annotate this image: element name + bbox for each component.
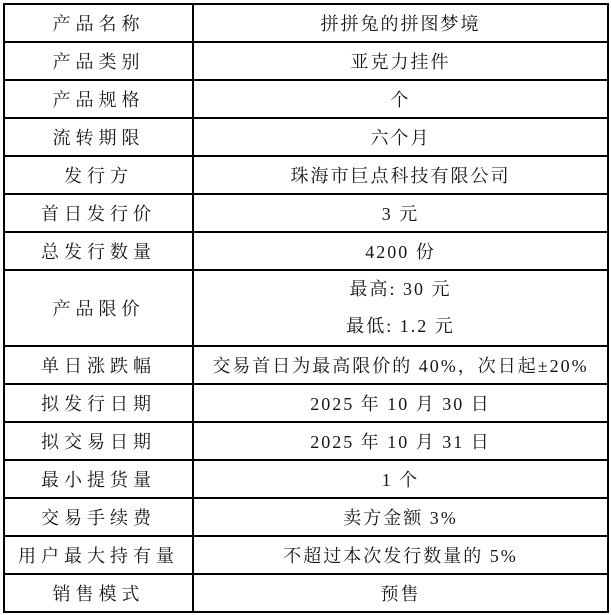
field-label-cell: 发行方 [4, 156, 193, 194]
field-label-cell: 总发行数量 [4, 232, 193, 270]
table-row: 总发行数量 4200 份 [4, 232, 608, 270]
table-row: 拟交易日期 2025 年 10 月 31 日 [4, 422, 608, 460]
field-value-cell: 拼拼兔的拼图梦境 [193, 4, 608, 42]
field-label: 产品名称 [53, 14, 145, 34]
table-row: 单日涨跌幅 交易首日为最高限价的 40%，次日起±20% [4, 346, 608, 384]
field-label: 销售模式 [53, 584, 145, 604]
field-label-cell: 单日涨跌幅 [4, 346, 193, 384]
field-value: 拼拼兔的拼图梦境 [321, 14, 481, 34]
field-value: 3 元 [382, 204, 420, 224]
field-label: 总发行数量 [41, 242, 156, 262]
field-value-cell: 亚克力挂件 [193, 42, 608, 80]
table-row: 产品类别 亚克力挂件 [4, 42, 608, 80]
field-label: 产品规格 [53, 90, 145, 110]
field-label-cell: 首日发行价 [4, 194, 193, 232]
price-limit-high: 最高: 30 元 [194, 271, 607, 308]
field-label: 产品类别 [53, 52, 145, 72]
field-value-cell: 2025 年 10 月 31 日 [193, 422, 608, 460]
field-label: 发行方 [64, 166, 133, 186]
field-label-cell: 拟交易日期 [4, 422, 193, 460]
table-row: 最小提货量 1 个 [4, 460, 608, 498]
field-value-cell: 交易首日为最高限价的 40%，次日起±20% [193, 346, 608, 384]
table-row: 拟发行日期 2025 年 10 月 30 日 [4, 384, 608, 422]
table-row: 产品规格 个 [4, 80, 608, 118]
field-label-cell: 最小提货量 [4, 460, 193, 498]
field-label-cell: 销售模式 [4, 574, 193, 612]
table-row: 销售模式 预售 [4, 574, 608, 612]
field-label: 拟发行日期 [41, 394, 156, 414]
field-value-cell: 3 元 [193, 194, 608, 232]
field-value-cell: 珠海市巨点科技有限公司 [193, 156, 608, 194]
field-value: 2025 年 10 月 31 日 [310, 432, 491, 452]
table-row: 发行方 珠海市巨点科技有限公司 [4, 156, 608, 194]
field-label-cell: 流转期限 [4, 118, 193, 156]
field-value-cell: 六个月 [193, 118, 608, 156]
field-label-cell: 产品规格 [4, 80, 193, 118]
field-value: 1 个 [382, 470, 420, 490]
table-row: 产品名称 拼拼兔的拼图梦境 [4, 4, 608, 42]
table-row: 流转期限 六个月 [4, 118, 608, 156]
field-value: 4200 份 [365, 242, 436, 262]
field-value-cell: 最高: 30 元 最低: 1.2 元 [193, 270, 608, 346]
field-value: 预售 [381, 584, 421, 604]
field-value-cell: 4200 份 [193, 232, 608, 270]
field-label-cell: 产品名称 [4, 4, 193, 42]
field-value-cell: 不超过本次发行数量的 5% [193, 536, 608, 574]
field-label: 最小提货量 [41, 470, 156, 490]
table-row-price-limit: 产品限价 最高: 30 元 最低: 1.2 元 [4, 270, 608, 346]
field-value: 个 [391, 90, 411, 110]
product-info-table: 产品名称 拼拼兔的拼图梦境 产品类别 亚克力挂件 产品规格 个 流转期限 六个月… [3, 3, 609, 613]
field-value-cell: 2025 年 10 月 30 日 [193, 384, 608, 422]
field-label: 拟交易日期 [41, 432, 156, 452]
field-label: 单日涨跌幅 [41, 356, 156, 376]
field-value: 不超过本次发行数量的 5% [283, 546, 518, 566]
table-row: 交易手续费 卖方金额 3% [4, 498, 608, 536]
field-label-cell: 用户最大持有量 [4, 536, 193, 574]
field-label: 用户最大持有量 [18, 546, 179, 566]
table-row: 用户最大持有量 不超过本次发行数量的 5% [4, 536, 608, 574]
field-value-cell: 1 个 [193, 460, 608, 498]
field-value-cell: 卖方金额 3% [193, 498, 608, 536]
field-value: 珠海市巨点科技有限公司 [291, 166, 511, 186]
field-label-cell: 产品类别 [4, 42, 193, 80]
field-label: 首日发行价 [41, 204, 156, 224]
field-value-cell: 预售 [193, 574, 608, 612]
field-label: 交易手续费 [41, 508, 156, 528]
price-limit-low: 最低: 1.2 元 [194, 308, 607, 345]
table-row: 首日发行价 3 元 [4, 194, 608, 232]
field-label-cell: 产品限价 [4, 270, 193, 346]
field-value: 卖方金额 3% [343, 508, 458, 528]
field-label: 流转期限 [53, 128, 145, 148]
field-value: 交易首日为最高限价的 40%，次日起±20% [212, 356, 588, 376]
field-value-cell: 个 [193, 80, 608, 118]
field-label: 产品限价 [53, 299, 145, 319]
field-value: 六个月 [371, 128, 431, 148]
field-label-cell: 交易手续费 [4, 498, 193, 536]
field-label-cell: 拟发行日期 [4, 384, 193, 422]
field-value: 2025 年 10 月 30 日 [310, 394, 491, 414]
field-value: 亚克力挂件 [351, 52, 451, 72]
